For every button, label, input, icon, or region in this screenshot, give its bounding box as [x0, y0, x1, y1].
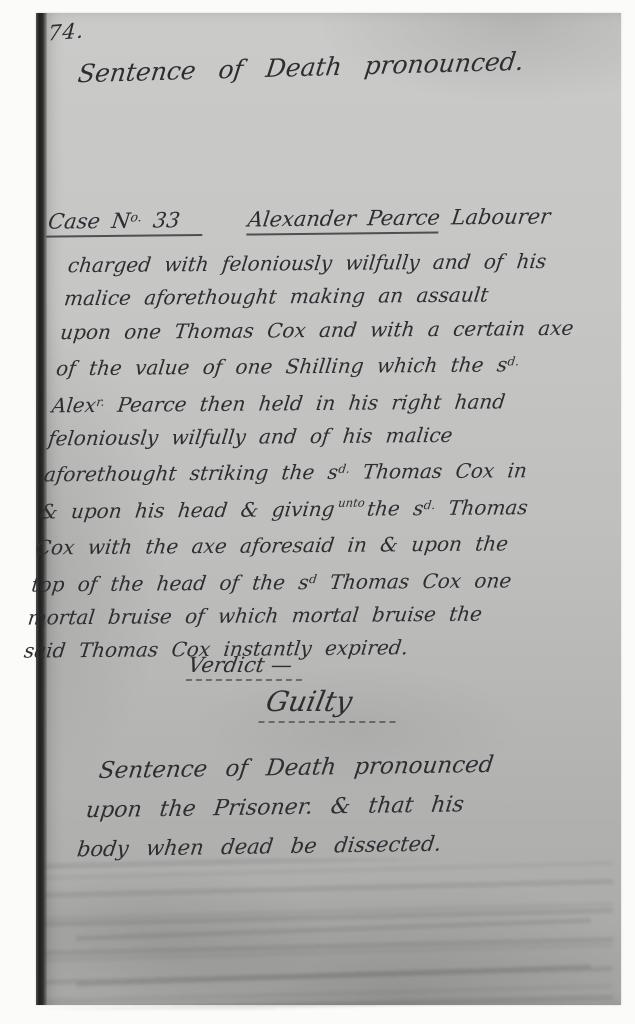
text-segment: malice aforethought making an assault: [63, 283, 490, 311]
text-segment: top of the head of the s: [30, 570, 310, 596]
text-segment: & upon his head & giving: [39, 497, 336, 524]
text-segment: charged with feloniously wilfully and of…: [67, 249, 548, 277]
bleedthrough-texture-2: [76, 901, 591, 991]
text-segment: Alexander Pearce: [246, 206, 441, 232]
text-segment: feloniously wilfully and of his malice: [47, 423, 454, 451]
text-segment: aforethought striking the s: [43, 460, 340, 487]
manuscript-line: charged with feloniously wilfully and of…: [66, 244, 622, 282]
photograph-background: 74. Sentence of Death pronounced. Case N…: [0, 0, 635, 1024]
text-segment: upon the Prisoner. & that his: [84, 792, 465, 823]
manuscript-page: 74. Sentence of Death pronounced. Case N…: [36, 13, 621, 1005]
text-segment: 33: [140, 208, 182, 232]
manuscript-line: Alexr. Pearce then held in his right han…: [50, 381, 606, 422]
text-segment: of the value of one Shilling which the s: [55, 353, 509, 381]
manuscript-line: of the value of one Shilling which the s…: [54, 345, 610, 386]
manuscript-line: aforethought striking the sd. Thomas Cox…: [42, 451, 598, 492]
text-segment: upon one Thomas Cox and with a certain a…: [59, 316, 575, 345]
text-segment: Cox with the axe aforesaid in & upon the: [35, 532, 510, 560]
manuscript-line: mortal bruise of which mortal bruise the: [26, 597, 582, 635]
superscript-abbreviation: d.: [507, 354, 520, 368]
manuscript-line: top of the head of the sd Thomas Cox one: [30, 560, 586, 601]
manuscript-line: Cox with the axe aforesaid in & upon the: [34, 527, 590, 565]
manuscript-line: upon the Prisoner. & that his: [84, 785, 491, 830]
text-segment: the s: [366, 496, 425, 521]
manuscript-line: feloniously wilfully and of his malice: [46, 418, 602, 456]
page-number: 74.: [47, 18, 85, 45]
text-segment: Case N: [47, 209, 132, 234]
manuscript-line: upon one Thomas Cox and with a certain a…: [58, 311, 614, 349]
text-segment: Thomas: [434, 495, 530, 520]
text-segment: Alex: [51, 393, 98, 417]
verdict-value: Guilty: [258, 685, 403, 723]
text-segment: mortal bruise of which mortal bruise the: [27, 602, 484, 630]
manuscript-line: & upon his head & givinguntothe sd. Thom…: [38, 487, 594, 531]
text-segment: Thomas Cox in: [348, 459, 528, 485]
text-segment: Thomas Cox one: [315, 568, 513, 594]
case-number-label: Case No. 33: [46, 208, 205, 238]
sentence-paragraph: Sentence of Death pronouncedupon the Pri…: [87, 746, 496, 869]
text-segment: Pearce then held in his right hand: [103, 389, 507, 417]
manuscript-line: malice aforethought making an assault: [62, 278, 618, 316]
defendant-name: Alexander Pearce: [246, 206, 442, 236]
text-segment: Labourer: [438, 204, 551, 229]
manuscript-line: Sentence of Death pronounced: [96, 746, 495, 791]
case-title-line: Case No. 33Alexander Pearce Labourer: [46, 204, 552, 237]
verdict-label: Verdict —: [186, 653, 306, 681]
page-heading: Sentence of Death pronounced.: [76, 47, 526, 89]
text-segment: body when dead be dissected.: [76, 832, 443, 862]
text-segment: Sentence of Death pronounced: [97, 752, 495, 784]
charge-paragraph: charged with feloniously wilfully and of…: [22, 244, 622, 668]
inserted-word: unto: [338, 495, 366, 509]
defendant-occupation: Labourer: [438, 204, 551, 229]
